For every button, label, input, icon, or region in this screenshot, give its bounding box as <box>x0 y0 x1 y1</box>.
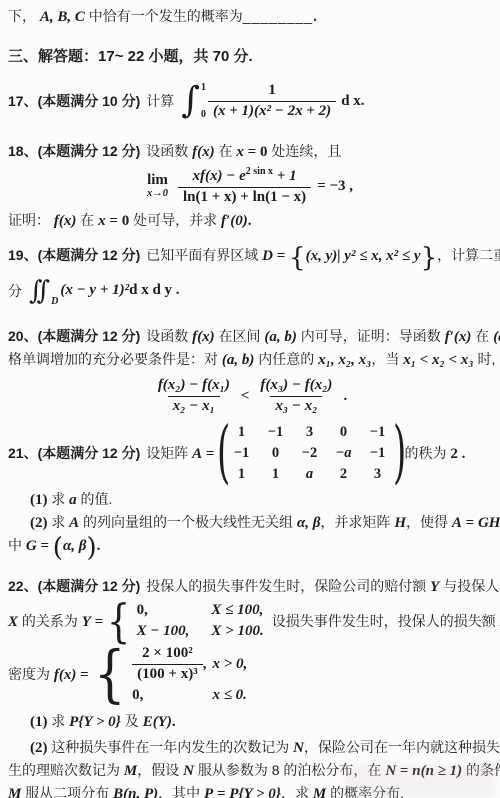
text-segment: . <box>172 714 176 730</box>
q18-num-exponent: 2 sin x <box>246 166 273 177</box>
q21-part2-line1: (2) 求 A 的列向量组的一个极大线性无关组 α, β，并求矩阵 H，使得 A… <box>0 511 500 534</box>
text-segment: 内可导，证明：导函数 <box>297 328 445 344</box>
q21-part1: (1) 求 a 的值. <box>0 488 500 511</box>
text-segment: x₁ < x₂ < x₃ <box>403 352 473 368</box>
q17-fraction-denominator: (x + 1)(x² − 2x + 2) <box>208 101 336 122</box>
q21-label: 21、(本题满分 12 分) <box>8 443 140 463</box>
q22-part1: (1) 求 P{Y > 0} 及 E(Y). <box>0 710 500 733</box>
double-integral-icon: ∫∫ D <box>29 278 58 304</box>
density-fraction-denominator: (100 + x)³ <box>132 664 203 685</box>
text-segment: ，并求矩阵 <box>320 514 394 530</box>
text-segment: f(x) <box>192 144 215 160</box>
density-case-2-cond: x ≤ 0. <box>212 687 246 704</box>
q18-fraction-numerator: xf(x) − e2 sin x + 1 <box>188 165 302 187</box>
q22-density-line: 密度为 f(x) = { 2 × 100² (100 + x)³ , x > 0… <box>0 643 500 705</box>
text-segment: f(x) <box>54 667 77 683</box>
text-segment: 中恰有一个发生的概率为 <box>85 8 243 24</box>
text-segment: (2) <box>30 740 51 756</box>
integral-icon: ∫ 1 0 <box>181 82 206 120</box>
text-segment: P{Y > 0} <box>69 714 121 730</box>
text-segment: N <box>183 763 194 779</box>
text-segment: (a, b) <box>493 329 500 345</box>
q22-part2-line1: (2) 这种损失事件在一年内发生的次数记为 N，保险公司在一年内就这种损失事件产 <box>0 736 500 759</box>
text-segment: (a, b) <box>264 329 297 345</box>
text-segment: 在 <box>471 328 493 344</box>
q18-fraction: xf(x) − e2 sin x + 1 ln(1 + x) + ln(1 − … <box>178 165 311 207</box>
text-segment: ，保险公司在一年内就这种损失事件产 <box>304 739 500 755</box>
text-segment: ，使得 <box>406 514 452 530</box>
text-segment: . <box>248 213 252 229</box>
matrix-cell: 1 <box>272 464 279 485</box>
q20-period: . <box>343 388 347 405</box>
text-segment: 格单调增加的充分必要条件是：对 <box>8 351 222 367</box>
q20-left-denominator: x₂ − x₁ <box>168 396 220 417</box>
text-segment: 设函数 <box>146 143 192 159</box>
text-segment: A, B, C <box>40 9 85 25</box>
q21-rank-text: 的秩为 2 . <box>404 443 465 463</box>
matrix-cell: 3 <box>306 422 313 443</box>
integral-limits: 1 0 <box>201 82 206 120</box>
text-segment: M <box>124 763 137 779</box>
q18-equals-rhs: = −3 , <box>317 178 353 195</box>
text-segment: GH <box>478 515 500 531</box>
text-segment: n(n ≥ 1) <box>412 763 462 779</box>
text-segment: f(x) <box>54 213 77 229</box>
text-segment: 设损失事件发生时，投保人的损失额 <box>272 613 500 629</box>
q20-intro-text: 设函数 f(x) 在区间 (a, b) 内可导，证明：导函数 f′(x) 在 (… <box>146 328 500 344</box>
matrix-cell: a <box>306 464 313 485</box>
text-segment: α, β <box>297 515 320 531</box>
q22-density-cases: 2 × 100² (100 + x)³ , x > 0, 0, x ≤ 0. <box>132 644 247 704</box>
text-segment: 服从参数为 8 的泊松分布，在 <box>194 762 385 778</box>
text-segment: 2 . <box>450 446 465 462</box>
text-segment: 中 <box>8 537 26 553</box>
q19-dxdy: d x d y . <box>129 282 179 299</box>
text-segment: ，计算二重积 <box>437 247 500 263</box>
text-segment: ( <box>53 533 63 563</box>
text-segment: 的关系为 <box>18 613 82 629</box>
text-segment: x <box>236 144 244 160</box>
text-segment: N <box>293 740 304 756</box>
density-case-2-value: 0, <box>132 687 143 704</box>
text-segment: 的秩为 <box>404 445 450 461</box>
text-segment: 生的理赔次数记为 <box>8 762 124 778</box>
text-segment: = 0 <box>106 213 130 229</box>
limit-subscript: x→0 <box>147 188 168 199</box>
matrix-cell: −1 <box>370 422 386 443</box>
q19-integrand: (x − y + 1)² <box>60 282 129 299</box>
integral-sign-glyph: ∫ <box>181 83 200 119</box>
text-segment: 服从二项分布 <box>21 785 113 798</box>
text-segment: 求 <box>51 713 69 729</box>
text-segment: ，其中 <box>158 785 204 798</box>
density-fraction-numerator: 2 × 100² <box>137 644 198 664</box>
question-17: 17、(本题满分 10 分) 计算 ∫ 1 0 1 (x + 1)(x² − 2… <box>0 78 500 124</box>
text-segment: P{Y > 0} <box>229 786 281 798</box>
q17-fraction: 1 (x + 1)(x² − 2x + 2) <box>208 81 336 121</box>
double-integral-glyph: ∫∫ <box>29 278 50 304</box>
q22-relation-rhs-text: 设损失事件发生时，投保人的损失额 X 的概率 <box>272 611 500 631</box>
text-segment: D <box>262 248 273 264</box>
matrix-cell: −a <box>335 443 351 464</box>
case-value-2: X − 100, <box>137 621 190 641</box>
question-19-line2: 分 ∫∫ D (x − y + 1)² d x d y . <box>0 274 500 307</box>
q18-num-pre: xf(x) − e <box>193 168 246 184</box>
q20-right-numerator: f(x₃) − f(x₂) <box>255 376 337 396</box>
matrix-cell: −2 <box>302 443 318 464</box>
text-segment: N <box>385 763 396 779</box>
text-segment: E(Y) <box>143 714 172 730</box>
integral-lower-limit: 0 <box>201 109 206 120</box>
text-segment: 求 <box>51 491 69 507</box>
q22-label: 22、(本题满分 12 分) <box>8 578 140 594</box>
text-segment: (x, y)| y² ≤ x, x² ≤ y <box>306 248 421 264</box>
text-segment: 已知平面有界区域 <box>146 247 262 263</box>
text-segment: 时, <box>474 351 496 367</box>
text-segment: = 0 <box>244 144 268 160</box>
section-heading: 三、解答题：17~ 22 小题，共 70 分. <box>0 46 500 68</box>
double-integral-domain: D <box>51 296 58 307</box>
case-cond-1: X ≤ 100, <box>211 600 263 620</box>
matrix-cell: 3 <box>374 464 381 485</box>
text-segment: B(n, P) <box>113 786 158 798</box>
text-segment: M <box>313 786 326 798</box>
q17-compute-text: 计算 <box>146 91 174 111</box>
text-segment: = <box>202 446 214 462</box>
text-segment: (1) <box>30 714 51 730</box>
density-case-1-value: 2 × 100² (100 + x)³ , <box>132 644 206 684</box>
q19-intro-text: 已知平面有界区域 D = {(x, y)| y² ≤ x, x² ≤ y}，计算… <box>146 247 500 263</box>
density-case-1-sep: , <box>203 656 207 673</box>
text-segment: 处可导，并求 <box>129 212 221 228</box>
matrix-right-paren: ) <box>393 421 401 486</box>
q21-part2-line2: 中 G = (α, β). <box>0 534 500 561</box>
q22-part2-line2: 生的理赔次数记为 M，假设 N 服从参数为 8 的泊松分布，在 N = n(n … <box>0 759 500 782</box>
q20-right-fraction: f(x₃) − f(x₂) x₃ − x₂ <box>255 376 337 416</box>
text-segment: ，假设 <box>137 762 183 778</box>
text-segment: P <box>204 786 213 798</box>
text-segment: = <box>273 248 289 264</box>
less-than-sign: < <box>241 388 250 405</box>
q21-matrix-lhs: 设矩阵 A = <box>146 443 214 463</box>
q18-intro-text: 设函数 f(x) 在 x = 0 处连续，且 <box>146 143 341 159</box>
density-fraction: 2 × 100² (100 + x)³ <box>132 644 203 684</box>
question-18-line3: 证明： f(x) 在 x = 0 处可导，并求 f′(0). <box>0 209 500 232</box>
text-segment: 的概率分布. <box>326 785 404 798</box>
text-segment: G <box>26 538 37 554</box>
q19-wrap-char: 分 <box>8 281 22 301</box>
matrix-grid: 1−130−1−10−2−a−111a23 <box>226 422 392 485</box>
text-segment: 在 <box>76 212 98 228</box>
case-value-1: 0, <box>137 600 148 620</box>
text-segment: 的值. <box>77 491 113 507</box>
text-segment: 求 <box>51 514 69 530</box>
text-segment: = <box>37 538 53 554</box>
matrix-cell: −1 <box>370 443 386 464</box>
text-segment: 密度为 <box>8 666 54 682</box>
text-segment: A <box>452 515 462 531</box>
text-segment: 投保人的损失事件发生时，保险公司的赔付额 <box>146 578 430 594</box>
limit-word: lim <box>147 173 168 189</box>
q22-Y-cases: 0, X ≤ 100, X − 100, X > 100. <box>137 600 264 641</box>
q18-fraction-denominator: ln(1 + x) + ln(1 − x) <box>178 187 311 208</box>
text-segment: ，当 <box>371 351 403 367</box>
matrix-cell: −1 <box>268 422 284 443</box>
text-segment: = <box>213 786 229 798</box>
text-segment: X <box>8 614 18 630</box>
q18-num-post: + 1 <box>273 168 297 184</box>
matrix-cell: 2 <box>340 464 347 485</box>
q18-limit-formula: lim x→0 xf(x) − e2 sin x + 1 ln(1 + x) +… <box>0 163 500 209</box>
text-segment: 的条件下 <box>462 762 500 778</box>
q22-part2-line3: M 服从二项分布 B(n, P)，其中 P = P{Y > 0}，求 M 的概率… <box>0 782 500 798</box>
matrix-cell: 0 <box>272 443 279 464</box>
q17-label: 17、(本题满分 10 分) <box>8 91 140 111</box>
text-segment: 设矩阵 <box>146 445 192 461</box>
text-segment: f′(x) <box>445 329 472 345</box>
text-segment: ) <box>86 533 96 563</box>
text-segment: 内任意的 <box>254 351 318 367</box>
text-segment: 设函数 <box>146 328 192 344</box>
q20-left-numerator: f(x₂) − f(x₁) <box>153 376 235 396</box>
text-segment: 及 <box>121 713 143 729</box>
q20-label: 20、(本题满分 12 分) <box>8 328 140 344</box>
matrix-cell: 1 <box>238 464 245 485</box>
q19-label: 19、(本题满分 12 分) <box>8 247 140 263</box>
question-19-line1: 19、(本题满分 12 分)已知平面有界区域 D = {(x, y)| y² ≤… <box>0 244 500 271</box>
q17-fraction-numerator: 1 <box>263 81 281 101</box>
text-segment: 与投保人的损失额 <box>439 578 500 594</box>
q18-label: 18、(本题满分 12 分) <box>8 143 140 159</box>
exam-page: 下， A, B, C 中恰有一个发生的概率为________. 三、解答题：17… <box>0 5 500 798</box>
text-segment: { <box>289 243 306 273</box>
text-segment: Y <box>82 614 91 630</box>
question-21-line1: 21、(本题满分 12 分) 设矩阵 A = ( 1−130−1−10−2−a−… <box>0 421 500 485</box>
text-segment: 在区间 <box>215 328 265 344</box>
matrix-cell: 0 <box>340 422 347 443</box>
limit-operator: lim x→0 <box>147 173 168 200</box>
text-segment: x <box>98 213 106 229</box>
matrix-cell: 1 <box>238 422 245 443</box>
text-segment: 这种损失事件在一年内发生的次数记为 <box>51 739 293 755</box>
text-segment: f′(0) <box>221 213 248 229</box>
q20-left-fraction: f(x₂) − f(x₁) x₂ − x₁ <box>153 376 235 416</box>
text-segment: = <box>462 515 478 531</box>
text-segment: . <box>97 538 101 554</box>
question-18-line1: 18、(本题满分 12 分)设函数 f(x) 在 x = 0 处连续，且 <box>0 140 500 163</box>
q22-relation-line: X 的关系为 Y = { 0, X ≤ 100, X − 100, X > 10… <box>0 598 500 643</box>
q22-intro-text: 投保人的损失事件发生时，保险公司的赔付额 Y 与投保人的损失额 <box>146 578 500 594</box>
q17-dx: d x. <box>341 93 364 110</box>
text-segment: f(x) <box>192 329 215 345</box>
text-segment: M <box>8 786 21 798</box>
text-segment: 在 <box>215 143 237 159</box>
text-segment: 处连续，且 <box>267 143 341 159</box>
text-segment: } <box>421 243 438 273</box>
text-segment: ，求 <box>281 785 313 798</box>
text-segment: = <box>91 614 103 630</box>
matrix-A: ( 1−130−1−10−2−a−111a23 ) <box>216 421 402 486</box>
text-segment: (2) <box>30 515 51 531</box>
text-segment: (a, b) <box>222 352 255 368</box>
text-segment: . <box>313 9 317 25</box>
matrix-left-paren: ( <box>217 421 225 486</box>
intro-blank-line: 下， A, B, C 中恰有一个发生的概率为________. <box>0 5 500 28</box>
text-segment: x₁, x₂, x₃ <box>318 352 371 368</box>
text-segment: Y <box>430 579 439 595</box>
text-segment: 证明： <box>8 212 54 228</box>
text-segment: 的列向量组的一个极大线性无关组 <box>79 514 297 530</box>
question-20-line1: 20、(本题满分 12 分)设函数 f(x) 在区间 (a, b) 内可导，证明… <box>0 325 500 348</box>
q22-density-lhs: 密度为 f(x) = <box>8 664 89 684</box>
text-segment: α, β <box>63 538 86 554</box>
text-segment: ________ <box>243 8 313 24</box>
text-segment: A <box>69 515 79 531</box>
text-segment: (1) <box>30 492 51 508</box>
matrix-cell: −1 <box>234 443 250 464</box>
q20-right-denominator: x₃ − x₂ <box>270 396 322 417</box>
text-segment: H <box>394 515 406 531</box>
case-cond-2: X > 100. <box>211 621 263 641</box>
q20-inequality-formula: f(x₂) − f(x₁) x₂ − x₁ < f(x₃) − f(x₂) x₃… <box>0 371 500 421</box>
text-segment: = <box>396 763 412 779</box>
text-segment: 下， <box>8 8 40 24</box>
density-case-1-cond: x > 0, <box>212 656 247 673</box>
text-segment: a <box>69 492 77 508</box>
density-brace: { <box>94 643 126 705</box>
text-segment: A <box>192 446 202 462</box>
question-22-line1: 22、(本题满分 12 分)投保人的损失事件发生时，保险公司的赔付额 Y 与投保… <box>0 575 500 598</box>
text-segment: = <box>76 667 88 683</box>
integral-upper-limit: 1 <box>201 82 206 93</box>
q22-relation-lhs: X 的关系为 Y = <box>8 611 103 631</box>
question-20-line2: 格单调增加的充分必要条件是：对 (a, b) 内任意的 x₁, x₂, x₃，当… <box>0 348 500 371</box>
